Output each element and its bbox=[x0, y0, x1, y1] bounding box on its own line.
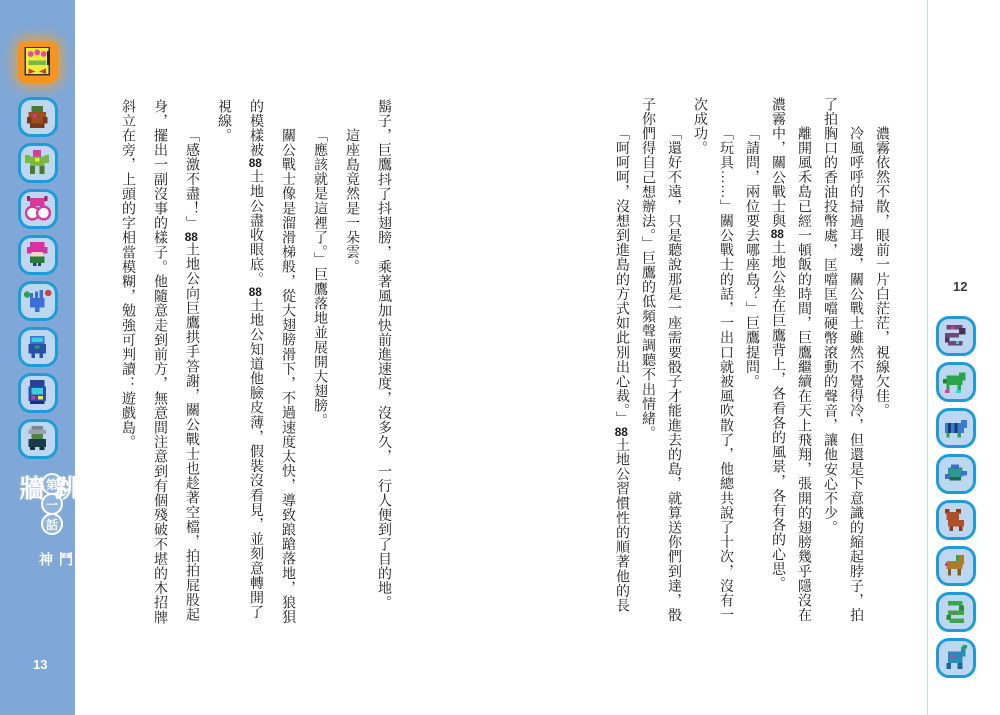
arcade-machine-icon[interactable] bbox=[18, 373, 58, 413]
paragraph: 冷風呼呼的掃過耳邊，關公戰士雖然不覺得冷，但還是下意識的縮起脖子，拍了拍胸口的香… bbox=[816, 97, 868, 632]
hatted-figure-icon[interactable] bbox=[18, 419, 58, 459]
bull-art bbox=[940, 504, 972, 536]
dragon-icon[interactable] bbox=[936, 316, 976, 356]
turtle-icon[interactable] bbox=[936, 454, 976, 494]
page-13-text: 鬍子，巨鷹抖了抖翅膀，乘著風加快前進速度，沒多久，一行人便到了目的地。 這座島竟… bbox=[110, 99, 399, 634]
left-icon-stack bbox=[0, 41, 75, 459]
snake-icon[interactable] bbox=[936, 592, 976, 632]
paragraph: 「請問，兩位要去哪座島？」巨鷹提問。 bbox=[738, 97, 764, 632]
paragraph: 鬍子，巨鷹抖了抖翅膀，乘著風加快前進速度，沒多久，一行人便到了目的地。 bbox=[367, 99, 399, 634]
elephant-creature-art bbox=[940, 642, 972, 674]
robot-warrior-art bbox=[22, 147, 54, 179]
arcade-machine-art bbox=[22, 377, 54, 409]
right-icon-stack bbox=[935, 316, 977, 678]
earth-god-art bbox=[22, 101, 54, 133]
chapter-title: 神跳牆 bbox=[12, 475, 120, 502]
glasses-creature-art bbox=[22, 193, 54, 225]
pinball-machine-icon[interactable] bbox=[18, 41, 58, 83]
lion-dog-icon[interactable] bbox=[936, 362, 976, 402]
elephant-creature-icon[interactable] bbox=[936, 638, 976, 678]
right-rail-divider bbox=[927, 0, 928, 715]
paragraph: 「感激不盡！」88土地公向巨鷹拱手答謝，關公戰士也趁著空檔，拍拍屁股起身，擺出一… bbox=[111, 99, 207, 634]
page-number-12: 12 bbox=[953, 279, 967, 294]
qilin-horse-art bbox=[940, 550, 972, 582]
dragon-art bbox=[940, 320, 972, 352]
pinball-machine-art bbox=[22, 46, 54, 78]
qilin-horse-icon[interactable] bbox=[936, 546, 976, 586]
paragraph: 關公戰士像是溜滑梯般，從大翅膀滑下，不過速度太快，導致踉蹌落地，狼狽的模樣被88… bbox=[207, 99, 303, 634]
glasses-creature-icon[interactable] bbox=[18, 189, 58, 229]
helmet-kid-icon[interactable] bbox=[18, 235, 58, 275]
paragraph: 「呵呵呵，沒想到進島的方式如此別出心裁。」88土地公習慣性的順著他的長 bbox=[608, 97, 634, 632]
paragraph: 「玩具……」關公戰士的話，一出口就被風吹散了，他總共說了十次，沒有一次成功。 bbox=[686, 97, 738, 632]
paragraph: 這座島竟然是一朵雲。 bbox=[335, 99, 367, 634]
tiger-art bbox=[940, 412, 972, 444]
paragraph: 濃霧依然不散，眼前一片白茫茫，視線欠佳。 bbox=[868, 97, 894, 632]
paragraph: 「應該就是這裡了。」巨鷹落地並展開大翅膀。 bbox=[303, 99, 335, 634]
robot-warrior-icon[interactable] bbox=[18, 143, 58, 183]
page-number-13: 13 bbox=[33, 657, 47, 672]
blue-robot-art bbox=[22, 331, 54, 363]
tiger-icon[interactable] bbox=[936, 408, 976, 448]
lion-dog-art bbox=[940, 366, 972, 398]
snake-art bbox=[940, 596, 972, 628]
hand-juggler-icon[interactable] bbox=[18, 281, 58, 321]
blue-robot-icon[interactable] bbox=[18, 327, 58, 367]
paragraph: 「還好不遠，只是聽說那是一座需要骰子才能進去的島，就算送你們到達，骰子你們得自己… bbox=[634, 97, 686, 632]
left-sidebar: 第 一 話 神跳牆 彈珠檯鬥神 13 bbox=[0, 0, 75, 715]
hand-juggler-art bbox=[22, 285, 54, 317]
earth-god-icon[interactable] bbox=[18, 97, 58, 137]
turtle-art bbox=[940, 458, 972, 490]
helmet-kid-art bbox=[22, 239, 54, 271]
bull-icon[interactable] bbox=[936, 500, 976, 540]
book-spread: 第 一 話 神跳牆 彈珠檯鬥神 13 鬍子，巨鷹抖了抖翅膀，乘著風加快前進速度，… bbox=[0, 0, 1000, 715]
page-12-text: 濃霧依然不散，眼前一片白茫茫，視線欠佳。 冷風呼呼的掃過耳邊，關公戰士雖然不覺得… bbox=[607, 97, 894, 632]
hatted-figure-art bbox=[22, 423, 54, 455]
paragraph: 離開風禾島已經一頓飯的時間，巨鷹繼續在天上飛翔，張開的翅膀幾乎隱沒在濃霧中，關公… bbox=[764, 97, 816, 632]
chapter-label-char: 話 bbox=[41, 513, 63, 535]
